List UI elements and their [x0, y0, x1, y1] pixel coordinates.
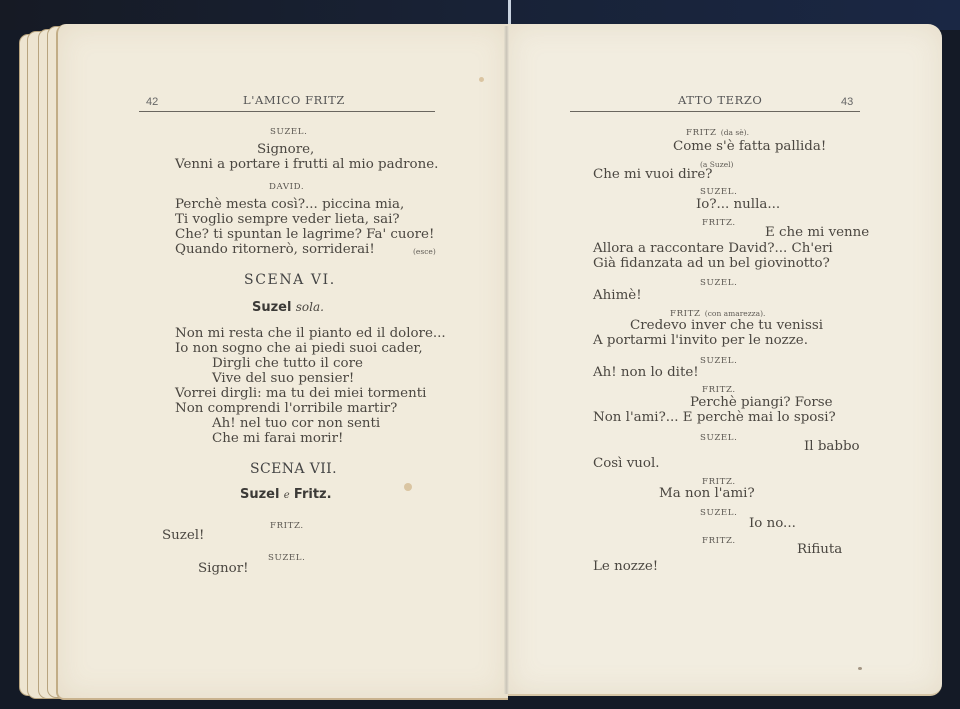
- verse-line: E che mi venne: [765, 225, 869, 241]
- verse-line: Non comprendi l'orribile martir?: [175, 401, 397, 417]
- verse-line: Dirgli che tutto il core: [212, 356, 363, 372]
- scene-heading: SCENA VI.: [244, 272, 336, 288]
- page-number: 42: [146, 94, 158, 110]
- verse-line: Che mi vuoi dire?: [593, 167, 712, 183]
- conjunction: e: [284, 490, 290, 501]
- verse-line: Io no...: [749, 516, 796, 532]
- running-head: ATTO TERZO: [678, 92, 762, 108]
- verse-line: Vorrei dirgli: ma tu dei miei tormenti: [175, 386, 426, 402]
- verse-line: Signor!: [198, 561, 249, 577]
- verse-line: Allora a raccontare David?... Ch'eri: [593, 241, 833, 257]
- verse-line: Signore,: [257, 142, 314, 158]
- character-name: Suzel: [240, 487, 279, 502]
- verse-line: Perchè mesta così?... piccina mia,: [175, 197, 404, 213]
- verse-line: Ah! nel tuo cor non senti: [212, 416, 380, 432]
- paper-stain: [858, 667, 862, 670]
- verse-line: Ma non l'ami?: [659, 486, 755, 502]
- verse-line: Il babbo: [804, 439, 860, 455]
- stage-direction: (con amarezza).: [705, 309, 766, 318]
- punctuation: .: [327, 487, 332, 502]
- verse-line: A portarmi l'invito per le nozze.: [593, 333, 808, 349]
- page-number: 43: [841, 94, 853, 110]
- verse-line: Credevo inver che tu venissi: [630, 318, 823, 334]
- speaker-label: FRITZ.: [702, 533, 736, 549]
- verse-line: Già fidanzata ad un bel giovinotto?: [593, 256, 830, 272]
- speaker-label: FRITZ: [686, 128, 717, 138]
- verse-line: Rifiuta: [797, 542, 842, 558]
- paper-stain: [404, 483, 412, 491]
- scene-characters: Suzel sola.: [252, 299, 324, 316]
- stage-direction: (da sè).: [721, 128, 749, 137]
- stage-direction: sola.: [296, 300, 324, 314]
- verse-line: Che mi farai morir!: [212, 431, 343, 447]
- verse-line: Ah! non lo dite!: [593, 365, 699, 381]
- speaker-label: SUZEL.: [268, 550, 305, 566]
- verse-line: Come s'è fatta pallida!: [673, 139, 826, 155]
- speaker-label: SUZEL.: [700, 275, 737, 291]
- book-gutter: [504, 26, 509, 694]
- stage-direction: (esce): [413, 244, 436, 260]
- verse-line: Ahimè!: [593, 288, 642, 304]
- scene-characters: Suzel e Fritz.: [240, 487, 332, 504]
- verse-line: Ti voglio sempre veder lieta, sai?: [175, 212, 400, 228]
- verse-line: Quando ritornerò, sorriderai!: [175, 242, 375, 258]
- verse-line: Vive del suo pensier!: [212, 371, 354, 387]
- verse-line: Non l'ami?... E perchè mai lo sposi?: [593, 410, 836, 426]
- speaker-label: DAVID.: [269, 179, 304, 195]
- verse-line: Io non sogno che ai piedi suoi cader,: [175, 341, 423, 357]
- speaker-label: SUZEL.: [700, 430, 737, 446]
- verse-line: Le nozze!: [593, 559, 658, 575]
- speaker-label: FRITZ.: [270, 518, 304, 534]
- header-rule: [570, 111, 860, 112]
- speaker-label: SUZEL.: [270, 124, 307, 140]
- character-name: Fritz: [294, 487, 327, 502]
- character-name: Suzel: [252, 300, 291, 315]
- verse-line: Suzel!: [162, 528, 204, 544]
- paper-stain: [479, 77, 484, 82]
- verse-line: Che? ti spuntan le lagrime? Fa' cuore!: [175, 227, 434, 243]
- speaker-label: FRITZ.: [702, 215, 736, 231]
- running-head: L'AMICO FRITZ: [243, 92, 345, 108]
- verse-line: Non mi resta che il pianto ed il dolore.…: [175, 326, 446, 342]
- verse-line: Io?... nulla...: [696, 197, 780, 213]
- verse-line: Venni a portare i frutti al mio padrone.: [175, 157, 438, 173]
- verse-line: Perchè piangi? Forse: [690, 395, 833, 411]
- speaker-label: SUZEL.: [700, 353, 737, 369]
- speaker-label: SUZEL.: [700, 505, 737, 521]
- scene-heading: SCENA VII.: [250, 461, 337, 477]
- header-rule: [139, 111, 435, 112]
- verse-line: Così vuol.: [593, 456, 660, 472]
